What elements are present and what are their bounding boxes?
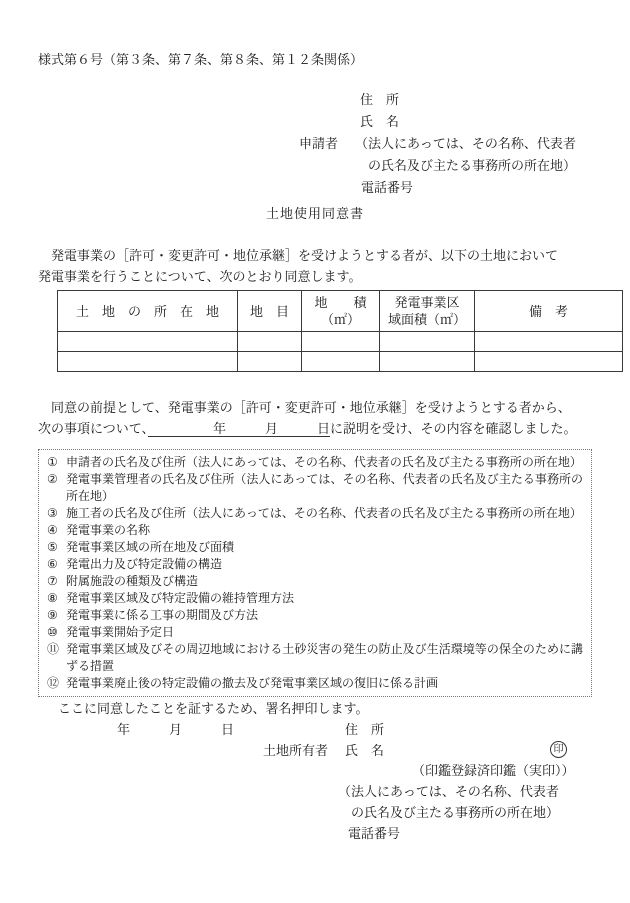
table-row — [58, 352, 623, 372]
table-cell-empty — [380, 332, 475, 352]
item-number: ⑨ — [47, 607, 58, 624]
explanation-date-blank: 年 月 日 — [148, 421, 330, 437]
confirmation-suffix: に説明を受け、その内容を確認しました。 — [330, 421, 576, 436]
item-text: 施工者の氏名及び住所（法人にあっては、その名称、代表者の氏名及び主たる事務所の所… — [66, 506, 582, 520]
col-header-land-category: 地 目 — [238, 291, 302, 332]
item-text: 発電事業区域及びその周辺地域における土砂災害の発生の防止及び生活環境等の保全のた… — [66, 642, 583, 673]
list-item: ⑩発電事業開始予定日 — [47, 624, 583, 641]
attestation-sentence: ここに同意したことを証するため、署名押印します。 — [58, 698, 368, 719]
item-number: ⑦ — [47, 573, 58, 590]
applicant-corporate-note-line1: （法人にあっては、その名称、代表者 — [355, 133, 576, 154]
table-cell-empty — [475, 352, 623, 372]
table-cell-empty — [302, 332, 380, 352]
applicant-name-label: 氏 名 — [360, 111, 399, 132]
list-item: ⑨発電事業に係る工事の期間及び方法 — [47, 607, 583, 624]
table-cell-empty — [380, 352, 475, 372]
applicant-address-label: 住 所 — [360, 89, 399, 110]
item-number: ③ — [47, 505, 58, 522]
item-text: 申請者の氏名及び住所（法人にあっては、その名称、代表者の氏名及び主たる事務所の所… — [66, 455, 582, 469]
landowner-label: 土地所有者 — [263, 740, 328, 761]
item-text: 発電事業廃止後の特定設備の撤去及び発電事業区域の復旧に係る計画 — [66, 676, 438, 690]
item-number: ⑪ — [47, 641, 59, 658]
list-item: ②発電事業管理者の氏名及び住所（法人にあっては、その名称、代表者の氏名及び主たる… — [47, 471, 583, 505]
applicant-phone-label: 電話番号 — [361, 177, 413, 198]
item-number: ② — [47, 471, 58, 488]
land-table-header: 土 地 の 所 在 地 地 目 地 積 （㎡） 発電事業区 域面積（㎡） 備 考 — [58, 291, 623, 332]
list-item: ⑪発電事業区域及びその周辺地域における土砂災害の発生の防止及び生活環境等の保全の… — [47, 641, 583, 675]
land-table-header-row: 土 地 の 所 在 地 地 目 地 積 （㎡） 発電事業区 域面積（㎡） 備 考 — [58, 291, 623, 332]
list-item: ⑦附属施設の種類及び構造 — [47, 573, 583, 590]
item-text: 発電事業の名称 — [66, 523, 150, 537]
confirmation-paragraph: 同意の前提として、発電事業の［許可・変更許可・地位承継］を受けようとする者から、… — [38, 397, 594, 439]
list-item: ①申請者の氏名及び住所（法人にあっては、その名称、代表者の氏名及び主たる事務所の… — [47, 454, 583, 471]
owner-name-label: 氏 名 — [345, 740, 384, 761]
table-cell-empty — [58, 332, 238, 352]
table-cell-empty — [302, 352, 380, 372]
table-cell-empty — [475, 332, 623, 352]
list-item: ⑧発電事業区域及び特定設備の維持管理方法 — [47, 590, 583, 607]
owner-phone-label: 電話番号 — [348, 823, 400, 844]
list-item: ⑥発電出力及び特定設備の構造 — [47, 556, 583, 573]
land-use-consent-form-page: 様式第６号（第３条、第７条、第８条、第１２条関係） 住 所 氏 名 申請者 （法… — [0, 0, 630, 903]
item-number: ⑩ — [47, 624, 58, 641]
owner-corporate-note-line2: の氏名及び主たる事務所の所在地） — [351, 802, 559, 823]
list-item: ④発電事業の名称 — [47, 522, 583, 539]
owner-corporate-note-line1: （法人にあっては、その名称、代表者 — [338, 781, 559, 802]
item-text: 附属施設の種類及び構造 — [66, 574, 198, 588]
list-item: ⑤発電事業区域の所在地及び面積 — [47, 539, 583, 556]
signature-date-line: 年 月 日 — [117, 719, 234, 740]
list-item: ⑫発電事業廃止後の特定設備の撤去及び発電事業区域の復旧に係る計画 — [47, 675, 583, 692]
seal-mark-icon: 印 — [550, 741, 567, 758]
land-table: 土 地 の 所 在 地 地 目 地 積 （㎡） 発電事業区 域面積（㎡） 備 考 — [57, 290, 623, 372]
item-number: ⑧ — [47, 590, 58, 607]
form-number: 様式第６号（第３条、第７条、第８条、第１２条関係） — [38, 49, 363, 70]
applicant-role-label: 申請者 — [299, 133, 338, 154]
consent-paragraph: 発電事業の［許可・変更許可・地位承継］を受けようとする者が、以下の土地において … — [38, 245, 594, 287]
table-cell-empty — [238, 332, 302, 352]
item-text: 発電事業区域及び特定設備の維持管理方法 — [66, 591, 294, 605]
seal-registration-note: （印鑑登録済印鑑（実印）） — [412, 760, 575, 781]
col-header-land-area: 地 積 （㎡） — [302, 291, 380, 332]
item-number: ⑤ — [47, 539, 58, 556]
item-text: 発電事業区域の所在地及び面積 — [66, 540, 234, 554]
item-text: 発電事業に係る工事の期間及び方法 — [66, 608, 258, 622]
table-cell-empty — [238, 352, 302, 372]
owner-address-label: 住 所 — [345, 719, 384, 740]
item-number: ① — [47, 454, 58, 471]
item-number: ⑥ — [47, 556, 58, 573]
item-number: ④ — [47, 522, 58, 539]
page-title: 土地使用同意書 — [0, 203, 630, 224]
table-cell-empty — [58, 352, 238, 372]
table-row — [58, 332, 623, 352]
col-header-land-location: 土 地 の 所 在 地 — [58, 291, 238, 332]
item-text: 発電出力及び特定設備の構造 — [66, 557, 222, 571]
list-item: ③施工者の氏名及び住所（法人にあっては、その名称、代表者の氏名及び主たる事務所の… — [47, 505, 583, 522]
item-text: 発電事業開始予定日 — [66, 625, 174, 639]
applicant-corporate-note-line2: の氏名及び主たる事務所の所在地） — [368, 155, 576, 176]
item-text: 発電事業管理者の氏名及び住所（法人にあっては、その名称、代表者の氏名及び主たる事… — [66, 472, 583, 503]
item-number: ⑫ — [47, 675, 59, 692]
col-header-remarks: 備 考 — [475, 291, 623, 332]
explained-items-box: ①申請者の氏名及び住所（法人にあっては、その名称、代表者の氏名及び主たる事務所の… — [38, 449, 592, 697]
col-header-project-zone-area: 発電事業区 域面積（㎡） — [380, 291, 475, 332]
